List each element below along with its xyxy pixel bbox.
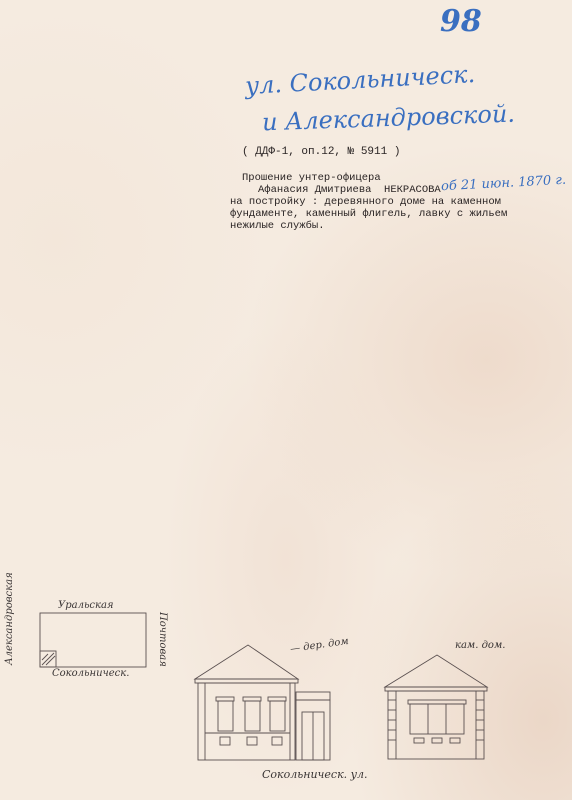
stone-house-elevation <box>385 655 487 759</box>
site-plan-drawing <box>40 613 146 667</box>
pencil-drawings <box>0 0 572 800</box>
wooden-house-elevation <box>195 645 330 760</box>
